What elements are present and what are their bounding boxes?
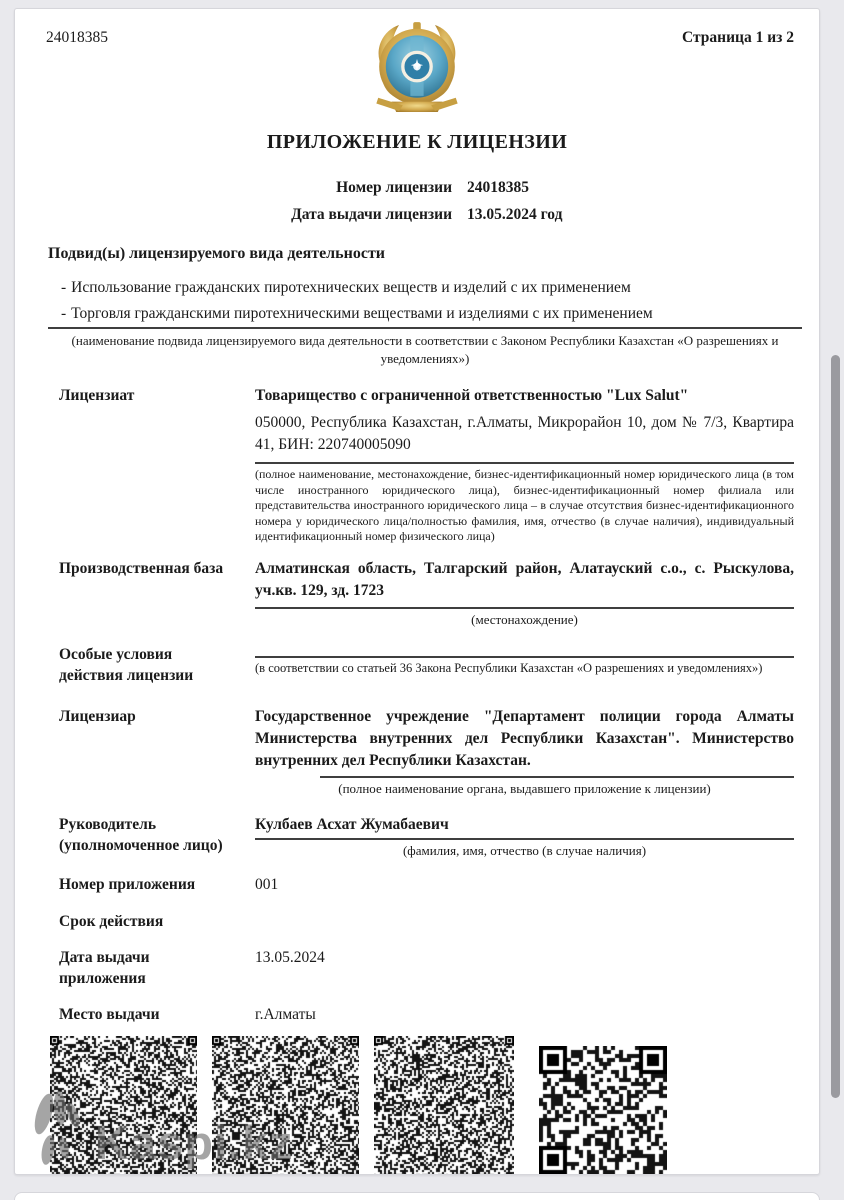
data-matrix-barcode-1 (50, 1036, 197, 1175)
divider (255, 607, 794, 609)
licensee-address: 050000, Республика Казахстан, г.Алматы, … (255, 412, 794, 456)
licensor-value: Государственное учреждение "Департамент … (255, 706, 794, 772)
issue-place-row: Место выдачи г.Алматы (59, 1004, 794, 1026)
issue-place-label: Место выдачи (59, 1004, 255, 1026)
subtypes-caption: (наименование подвида лицензируемого вид… (48, 332, 802, 368)
subtype-item-text: Торговля гражданскими пиротехническими в… (71, 305, 653, 322)
subtype-item-text: Использование гражданских пиротехнически… (71, 279, 631, 296)
attachment-date-value: 13.05.2024 (255, 947, 794, 989)
validity-value (255, 911, 794, 932)
production-base-row: Производственная база Алматинская област… (59, 558, 794, 628)
production-base-label: Производственная база (59, 558, 255, 628)
kazakhstan-emblem-icon (365, 17, 469, 124)
licensee-row: Лицензиат Товарищество с ограниченной от… (59, 385, 794, 545)
data-matrix-barcode-3 (374, 1036, 514, 1175)
license-date-label: Дата выдачи лицензии (152, 206, 452, 224)
page-title: ПРИЛОЖЕНИЕ К ЛИЦЕНЗИИ (15, 131, 819, 154)
special-conditions-caption: (в соответствии со статьей 36 Закона Рес… (255, 660, 794, 677)
license-date-value: 13.05.2024 год (452, 206, 682, 224)
bullet-dash: - (61, 305, 66, 322)
data-matrix-barcode-2 (212, 1036, 359, 1175)
bullet-dash: - (61, 279, 66, 296)
license-number-value: 24018385 (452, 179, 682, 197)
head-person-caption: (фамилия, имя, отчество (в случае наличи… (255, 842, 794, 859)
attachment-number-row: Номер приложения 001 (59, 874, 794, 896)
special-conditions-label-2: действия лицензии (59, 665, 247, 686)
license-page-1: 24018385 Страница 1 из 2 ПРИЛОЖЕНИЕ К ЛИ… (14, 8, 820, 1175)
head-person-label-1: Руководитель (59, 814, 247, 835)
validity-row: Срок действия (59, 911, 794, 932)
licensor-caption: (полное наименование органа, выдавшего п… (255, 780, 794, 797)
attachment-date-label-1: Дата выдачи (59, 947, 247, 968)
divider (255, 838, 794, 840)
barcode-strip (50, 1036, 794, 1175)
validity-label: Срок действия (59, 911, 255, 932)
licensee-name: Товарищество с ограниченной ответственно… (255, 385, 794, 407)
head-person-label-2: (уполномоченное лицо) (59, 835, 247, 856)
issue-place-value: г.Алматы (255, 1004, 794, 1026)
production-base-value: Алматинская область, Талгарский район, А… (255, 558, 794, 602)
head-person-value: Кулбаев Асхат Жумабаевич (255, 814, 794, 836)
special-conditions-row: Особые условия действия лицензии (в соот… (59, 644, 794, 686)
divider (255, 656, 794, 658)
qr-code (539, 1046, 667, 1174)
license-number-label: Номер лицензии (152, 179, 452, 197)
subtype-item: -Использование гражданских пиротехническ… (48, 279, 802, 297)
special-conditions-label-1: Особые условия (59, 644, 247, 665)
licensee-caption: (полное наименование, местонахождение, б… (255, 467, 794, 545)
document-viewer: 24018385 Страница 1 из 2 ПРИЛОЖЕНИЕ К ЛИ… (0, 0, 844, 1200)
attachment-number-label: Номер приложения (59, 874, 255, 896)
production-base-caption: (местонахождение) (255, 611, 794, 628)
subtypes-heading: Подвид(ы) лицензируемого вида деятельнос… (48, 245, 794, 263)
scrollbar-thumb[interactable] (831, 355, 840, 1098)
attachment-number-value: 001 (255, 874, 794, 896)
subtypes-list: -Использование гражданских пиротехническ… (48, 279, 802, 329)
divider (255, 462, 794, 464)
head-person-row: Руководитель (уполномоченное лицо) Кулба… (59, 814, 794, 859)
license-page-2-edge[interactable] (14, 1192, 820, 1200)
subtype-item: -Торговля гражданскими пиротехническими … (48, 305, 802, 323)
attachment-date-row: Дата выдачи приложения 13.05.2024 (59, 947, 794, 989)
page-indicator: Страница 1 из 2 (682, 29, 794, 47)
divider (320, 776, 794, 778)
licensor-label: Лицензиар (59, 706, 255, 797)
licensor-row: Лицензиар Государственное учреждение "Де… (59, 706, 794, 797)
attachment-date-label-2: приложения (59, 968, 247, 989)
doc-number: 24018385 (46, 29, 108, 47)
licensee-label: Лицензиат (59, 385, 255, 545)
